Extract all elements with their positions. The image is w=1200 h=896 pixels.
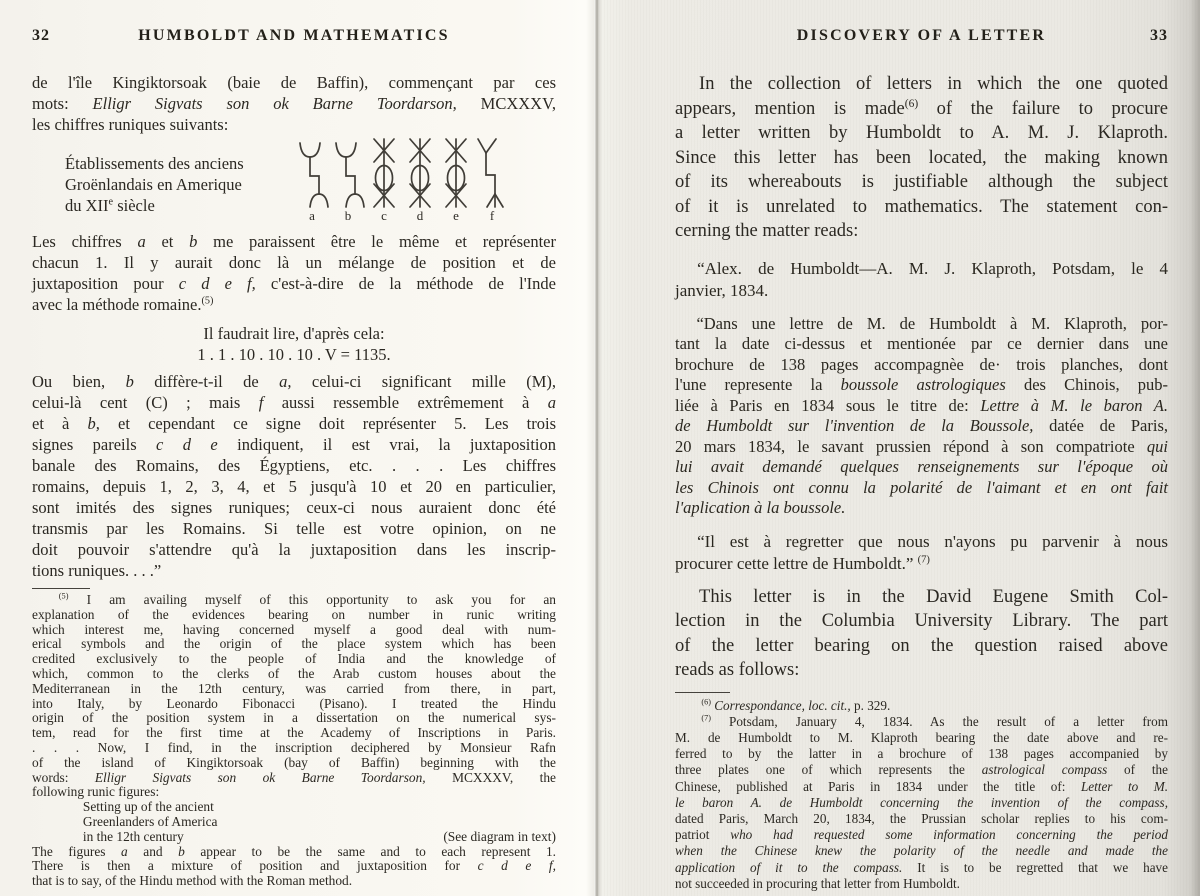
text-line: of the letter bearing on the question ra… xyxy=(675,634,1168,659)
text-line: tant la date ci-dessus et mentionée par … xyxy=(675,334,1168,355)
footnote-6: (6) Correspondance, loc. cit., p. 329. xyxy=(675,698,1168,714)
text-line: The figures a and b appear to be the sam… xyxy=(32,845,556,860)
text-line: les Chinois ont connu la polarité de l'a… xyxy=(675,478,1168,499)
text-line: tem, read for the first time at the Acad… xyxy=(32,726,556,741)
text-line: appears, mention is made(6) of the failu… xyxy=(675,97,1168,122)
text-line: Les chiffres a et b me paraissent être l… xyxy=(32,231,556,252)
text-line: chacun 1. Il y aurait donc là un mélange… xyxy=(32,252,556,273)
text-line: 20 mars 1834, le savant prussien répond … xyxy=(675,437,1168,458)
text-line: sont imités des signes runiques; ceux-ci… xyxy=(32,497,556,518)
rune-labels: a b c d e f xyxy=(294,209,510,223)
text-line: not succeeded in procuring that letter f… xyxy=(675,876,1168,892)
text-line: l'aplication à la boussole. xyxy=(675,498,1168,519)
text-line: that is to say, of the Hindu method with… xyxy=(32,874,556,889)
text-line: juxtaposition pour c d e f, c'est-à-dire… xyxy=(32,273,556,294)
text-line: origin of the position system in a disse… xyxy=(32,711,556,726)
rune-label-e: e xyxy=(438,209,474,223)
text-line: In the collection of letters in which th… xyxy=(675,72,1168,97)
text-line: de Humboldt sur l'invention de la Bousso… xyxy=(675,416,1168,437)
text-line: signes pareils c d e indiquent, il est v… xyxy=(32,434,556,455)
right-page-number: 33 xyxy=(1150,26,1168,46)
text-line: (6) Correspondance, loc. cit., p. 329. xyxy=(675,698,1168,714)
quote-french: “Dans une lettre de M. de Humboldt à M. … xyxy=(675,314,1168,519)
quote-regret: “Il est à regretter que nous n'ayons pu … xyxy=(675,531,1168,575)
text-line: procurer cette lettre de Humboldt.” (7) xyxy=(675,553,1168,575)
text-line: transmis par les Romains. Si telle est v… xyxy=(32,518,556,539)
paragraph-ou-bien: Ou bien, b diffère-t-il de a, celui-ci s… xyxy=(32,371,556,581)
text-line: erical symbols and the origin of the pla… xyxy=(32,637,556,652)
footnote-5: (5) I am availing myself of this opportu… xyxy=(32,593,556,889)
text-line: words: Elligr Sigvats son ok Barne Toord… xyxy=(32,771,556,786)
text-line: (5) I am availing myself of this opportu… xyxy=(32,593,556,608)
text-line: “Il est à regretter que nous n'ayons pu … xyxy=(675,531,1168,553)
left-page: 32 HUMBOLDT AND MATHEMATICS de l'île Kin… xyxy=(0,0,598,896)
text-line: reads as follows: xyxy=(675,658,1168,683)
text-line: of it is unrelated to mathematics. The s… xyxy=(675,195,1168,220)
text-line: explanation of the evidences bearing on … xyxy=(32,608,556,623)
rune-label-a: a xyxy=(294,209,330,223)
page-gutter-shadow xyxy=(594,0,602,896)
footnote-separator-right xyxy=(675,692,730,693)
book-scan: 32 HUMBOLDT AND MATHEMATICS de l'île Kin… xyxy=(0,0,1200,896)
rune-label-d: d xyxy=(402,209,438,223)
text-line: liée à Paris en 1834 sous le titre de: L… xyxy=(675,396,1168,417)
quote-heading: “Alex. de Humboldt—A. M. J. Klaproth, Po… xyxy=(675,258,1168,302)
text-line: du XIIe siècle xyxy=(65,195,294,216)
text-line: l'une represente la boussole astrologiqu… xyxy=(675,375,1168,396)
text-line: . . . Now, I find, in the inscription de… xyxy=(32,741,556,756)
text-line: janvier, 1834. xyxy=(675,280,1168,302)
text-line: “Dans une lettre de M. de Humboldt à M. … xyxy=(675,314,1168,335)
text-line: This letter is in the David Eugene Smith… xyxy=(675,585,1168,610)
text-line: Ou bien, b diffère-t-il de a, celui-ci s… xyxy=(32,371,556,392)
rune-label-f: f xyxy=(474,209,510,223)
text-line: three plates one of which represents the… xyxy=(675,762,1168,778)
footnote-separator-left xyxy=(32,588,90,589)
text-line: (7) Potsdam, January 4, 1834. As the res… xyxy=(675,714,1168,730)
left-page-number: 32 xyxy=(32,26,50,46)
text-line: M. de Humboldt to M. Klaproth bearing th… xyxy=(675,730,1168,746)
text-line: Setting up of the ancient xyxy=(32,800,556,815)
text-line: dated Paris, March 20, 1834, the Prussia… xyxy=(675,811,1168,827)
rune-label-c: c xyxy=(366,209,402,223)
figure-caption: Établissements des anciensGroënlandais e… xyxy=(32,137,294,225)
text-line: Chinese, published at Paris in 1834 unde… xyxy=(675,779,1168,795)
text-line: Il faudrait lire, d'après cela: xyxy=(32,323,556,344)
text-line: Établissements des anciens xyxy=(65,153,294,174)
equation-block: Il faudrait lire, d'après cela:1 . 1 . 1… xyxy=(32,323,556,365)
text-line: 1 . 1 . 10 . 10 . 10 . V = 1135. xyxy=(32,344,556,365)
text-line: et à b, et cependant ce signe doit repré… xyxy=(32,413,556,434)
text-line: lection in the Columbia University Libra… xyxy=(675,609,1168,634)
text-line: banale des Romains, des Égyptiens, etc. … xyxy=(32,455,556,476)
left-running-head: HUMBOLDT AND MATHEMATICS xyxy=(138,27,450,44)
text-line: a letter written by Humboldt to A. M. J.… xyxy=(675,121,1168,146)
text-line: following runic figures: xyxy=(32,785,556,800)
right-running-head: DISCOVERY OF A LETTER xyxy=(797,27,1046,44)
text-line: of the island of Kingiktorsoak (bay of B… xyxy=(32,756,556,771)
text-line: “Alex. de Humboldt—A. M. J. Klaproth, Po… xyxy=(675,258,1168,280)
text-line: patriot who had requested some informati… xyxy=(675,827,1168,843)
runic-glyphs-icon xyxy=(294,137,510,209)
footnote-7: (7) Potsdam, January 4, 1834. As the res… xyxy=(675,714,1168,892)
page-right-edge-shadow xyxy=(1190,0,1200,896)
text-line: credited exclusively to the people of In… xyxy=(32,652,556,667)
text-line: Greenlanders of America xyxy=(32,815,556,830)
text-line: application of it to the compass. It is … xyxy=(675,860,1168,876)
text-line: doit pouvoir s'attendre qu'à la juxtapos… xyxy=(32,539,556,560)
text-line: ferred to by the latter in a brochure of… xyxy=(675,746,1168,762)
text-line: Since this letter has been located, the … xyxy=(675,146,1168,171)
text-line: of its whereabouts is justifiable althou… xyxy=(675,170,1168,195)
text-line: celui-là cent (C) ; mais f aussi ressemb… xyxy=(32,392,556,413)
figure-row: Établissements des anciensGroënlandais e… xyxy=(32,137,556,225)
paragraph-les-chiffres: Les chiffres a et b me paraissent être l… xyxy=(32,231,556,315)
text-line: les chiffres runiques suivants: xyxy=(32,114,556,135)
text-line: lui avait demandé quelques renseignement… xyxy=(675,457,1168,478)
text-line: de l'île Kingiktorsoak (baie de Baffin),… xyxy=(32,72,556,93)
text-line: brochure de 138 pages accompagnèe de· tr… xyxy=(675,355,1168,376)
text-line: avec la méthode romaine.(5) xyxy=(32,294,556,315)
left-page-header: 32 HUMBOLDT AND MATHEMATICS xyxy=(32,26,556,46)
text-line: There is then a mixture of position and … xyxy=(32,859,556,874)
runic-numerals-figure: a b c d e f xyxy=(294,137,512,225)
text-line: Groënlandais en Amerique xyxy=(65,174,294,195)
right-page: DISCOVERY OF A LETTER 33 In the collecti… xyxy=(598,0,1200,896)
paragraph-smith-collection: This letter is in the David Eugene Smith… xyxy=(675,585,1168,683)
text-line: which interest me, having concerned myse… xyxy=(32,623,556,638)
text-line: romains, depuis 1, 2, 3, 4, et 5 jusqu'à… xyxy=(32,476,556,497)
text-line: which, common to the clerks of the Arab … xyxy=(32,667,556,682)
right-aligned-note: (See diagram in text) xyxy=(443,830,556,845)
text-line: le baron A. de Humboldt concerning the i… xyxy=(675,795,1168,811)
text-line: Mediterranean in the 12th century, was c… xyxy=(32,682,556,697)
rune-label-b: b xyxy=(330,209,366,223)
text-line: cerning the matter reads: xyxy=(675,219,1168,244)
text-line: tions runiques. . . .” xyxy=(32,560,556,581)
text-line: (See diagram in text)in the 12th century xyxy=(32,830,556,845)
right-page-header: DISCOVERY OF A LETTER 33 xyxy=(675,26,1168,46)
paragraph-collection: In the collection of letters in which th… xyxy=(675,72,1168,244)
text-line: into Italy, by Leonardo Fibonacci (Pisan… xyxy=(32,697,556,712)
text-line: when the Chinese knew the polarity of th… xyxy=(675,843,1168,859)
text-line: mots: Elligr Sigvats son ok Barne Toorda… xyxy=(32,93,556,114)
paragraph-intro: de l'île Kingiktorsoak (baie de Baffin),… xyxy=(32,72,556,135)
